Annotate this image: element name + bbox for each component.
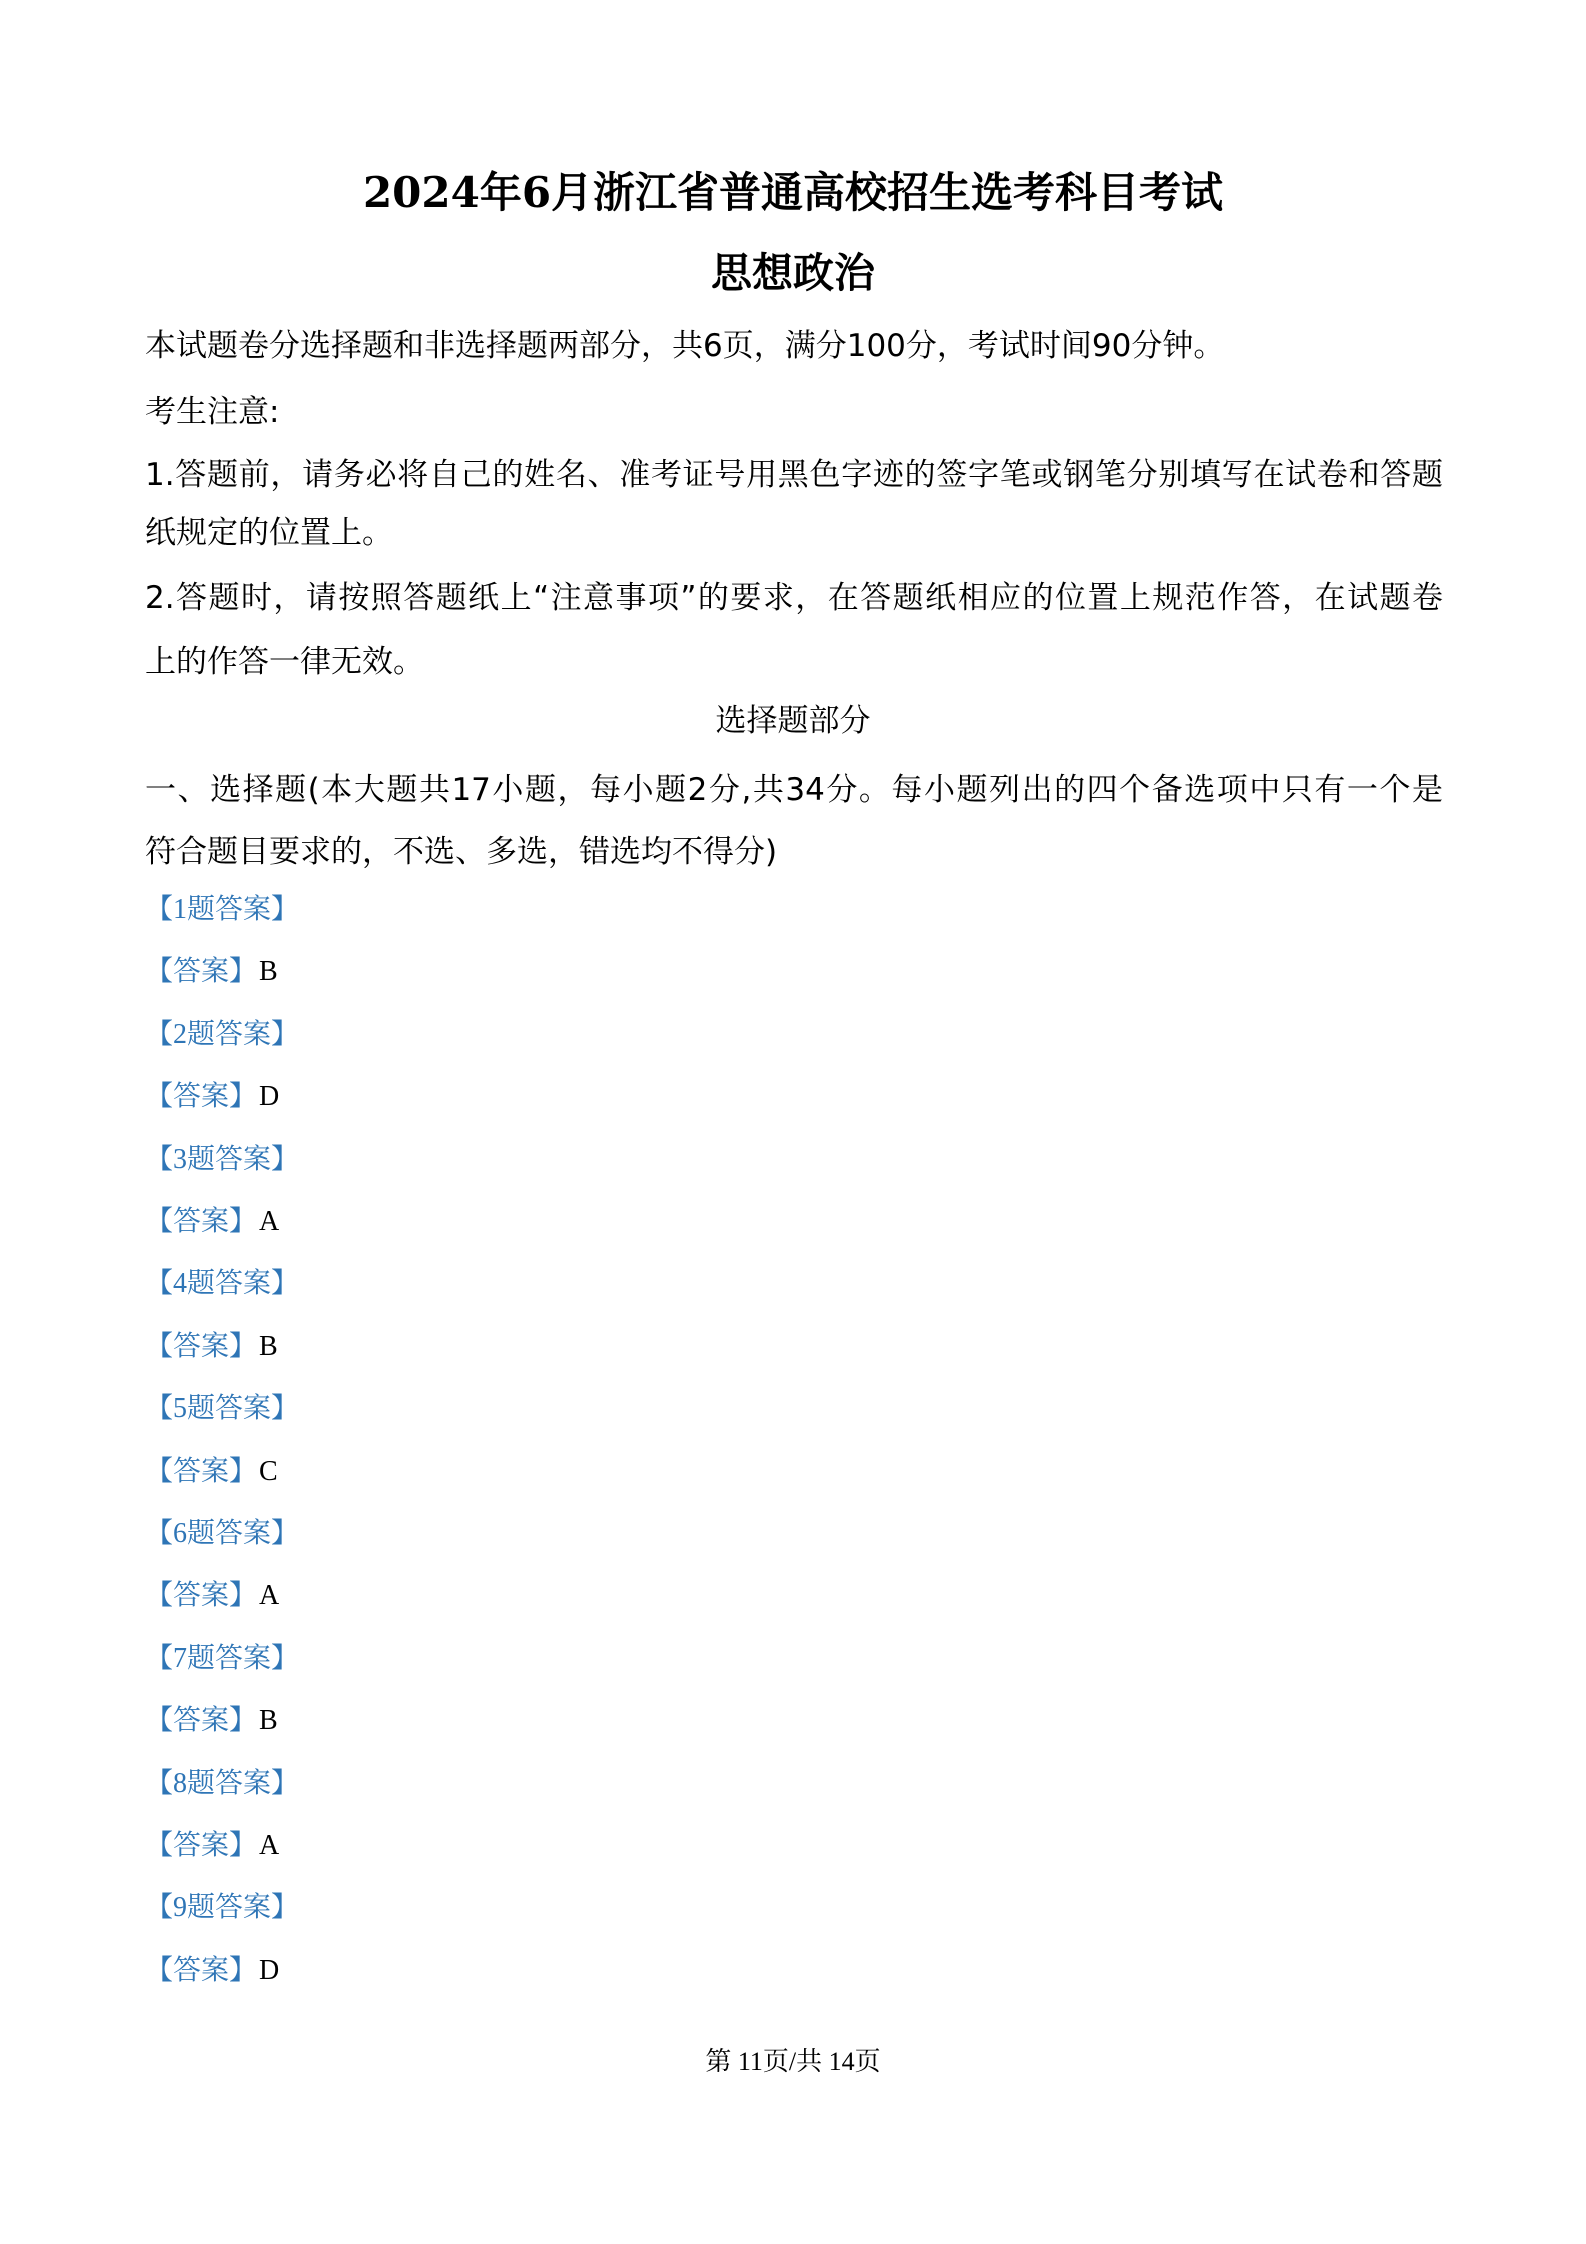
question-answer-heading: 【2题答案】 [145, 1017, 1443, 1053]
subject-title: 思想政治 [0, 247, 1586, 299]
question-answer-heading: 【6题答案】 [145, 1516, 1443, 1552]
answer-value: D [259, 1955, 279, 1986]
answer-row: 【答案】A [145, 1578, 1443, 1614]
question-answer-heading: 【1题答案】 [145, 892, 1443, 928]
answer-value: B [259, 956, 278, 987]
answer-label: 【答案】 [145, 1705, 257, 1736]
question-label: 【6题答案】 [145, 1518, 299, 1549]
answer-row: 【答案】A [145, 1204, 1443, 1240]
answer-value: A [259, 1830, 279, 1861]
answer-label: 【答案】 [145, 1081, 257, 1112]
section-instructions: 一、选择题(本大题共17小题，每小题2分,共34分。每小题列出的四个备选项中只有… [145, 770, 1443, 810]
page-title: 2024年6月浙江省普通高校招生选考科目考试 [0, 167, 1586, 219]
notice-item-1: 1.答题前，请务必将自己的姓名、准考证号用黑色字迹的签字笔或钢笔分别填写在试卷和… [145, 455, 1443, 495]
answer-label: 【答案】 [145, 1206, 257, 1237]
notice-item-2-continued: 上的作答一律无效。 [145, 642, 1443, 682]
question-label: 【5题答案】 [145, 1393, 299, 1424]
answer-label: 【答案】 [145, 1580, 257, 1611]
answer-label: 【答案】 [145, 1955, 257, 1986]
answer-row: 【答案】A [145, 1828, 1443, 1864]
section-heading: 选择题部分 [0, 701, 1586, 741]
answer-row: 【答案】B [145, 1703, 1443, 1739]
answer-value: B [259, 1331, 278, 1362]
notice-item-2: 2.答题时，请按照答题纸上“注意事项”的要求，在答题纸相应的位置上规范作答，在试… [145, 578, 1443, 618]
question-answer-heading: 【5题答案】 [145, 1391, 1443, 1427]
question-label: 【9题答案】 [145, 1892, 299, 1923]
answer-row: 【答案】B [145, 1329, 1443, 1365]
answer-value: C [259, 1456, 278, 1487]
answer-label: 【答案】 [145, 1331, 257, 1362]
answer-label: 【答案】 [145, 1456, 257, 1487]
question-label: 【1题答案】 [145, 894, 299, 925]
page-number: 第 11页/共 14页 [0, 2046, 1586, 2078]
question-answer-heading: 【7题答案】 [145, 1641, 1443, 1677]
answer-label: 【答案】 [145, 956, 257, 987]
question-answer-heading: 【3题答案】 [145, 1142, 1443, 1178]
answer-value: A [259, 1206, 279, 1237]
question-label: 【3题答案】 [145, 1144, 299, 1175]
answer-row: 【答案】B [145, 954, 1443, 990]
question-label: 【8题答案】 [145, 1768, 299, 1799]
answer-value: D [259, 1081, 279, 1112]
question-answer-heading: 【8题答案】 [145, 1766, 1443, 1802]
answer-value: A [259, 1580, 279, 1611]
question-label: 【2题答案】 [145, 1019, 299, 1050]
section-instructions-continued: 符合题目要求的，不选、多选，错选均不得分) [145, 832, 1443, 872]
question-label: 【7题答案】 [145, 1643, 299, 1674]
answer-row: 【答案】D [145, 1079, 1443, 1115]
intro-text: 本试题卷分选择题和非选择题两部分，共6页，满分100分，考试时间90分钟。 [145, 326, 1443, 366]
question-label: 【4题答案】 [145, 1268, 299, 1299]
answer-row: 【答案】D [145, 1953, 1443, 1989]
question-answer-heading: 【9题答案】 [145, 1890, 1443, 1926]
answer-value: B [259, 1705, 278, 1736]
notice-item-1-continued: 纸规定的位置上。 [145, 513, 1443, 553]
document-page: 2024年6月浙江省普通高校招生选考科目考试 思想政治 本试题卷分选择题和非选择… [0, 0, 1586, 2244]
question-answer-heading: 【4题答案】 [145, 1266, 1443, 1302]
answer-label: 【答案】 [145, 1830, 257, 1861]
notice-label: 考生注意: [145, 392, 1443, 432]
answer-row: 【答案】C [145, 1454, 1443, 1490]
